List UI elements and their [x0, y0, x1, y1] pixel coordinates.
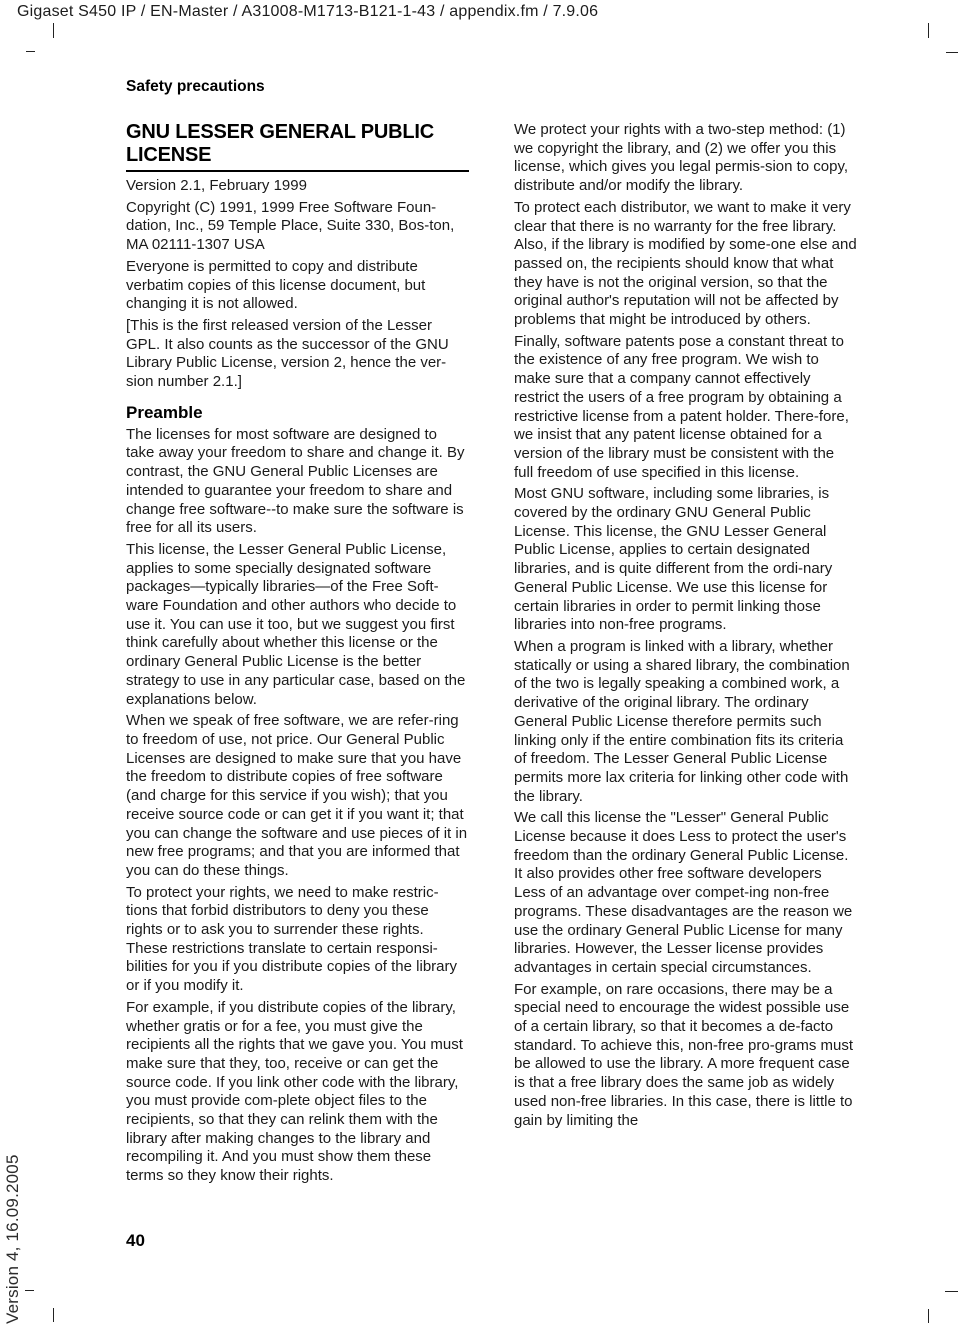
page-number: 40	[126, 1231, 145, 1251]
paragraph: When a program is linked with a library,…	[514, 638, 857, 806]
crop-mark-bottom-right-vertical	[928, 1309, 929, 1323]
crop-mark-bottom-left-vertical	[53, 1308, 54, 1322]
paragraph: The licenses for most software are desig…	[126, 426, 469, 538]
paragraph: This license, the Lesser General Public …	[126, 541, 469, 709]
paragraph: Copyright (C) 1991, 1999 Free Software F…	[126, 199, 469, 255]
paragraph: To protect each distributor, we want to …	[514, 199, 857, 330]
left-column: GNU LESSER GENERAL PUBLIC LICENSE Versio…	[126, 121, 469, 1189]
crop-mark-top-right-horizontal	[946, 52, 958, 53]
manual-page: Gigaset S450 IP / EN-Master / A31008-M17…	[0, 0, 958, 1324]
paragraph: For example, on rare occasions, there ma…	[514, 981, 857, 1131]
document-path-header: Gigaset S450 IP / EN-Master / A31008-M17…	[17, 3, 598, 21]
crop-mark-bottom-right-horizontal	[945, 1291, 958, 1292]
paragraph: Version 2.1, February 1999	[126, 177, 469, 196]
paragraph: For example, if you distribute copies of…	[126, 999, 469, 1186]
paragraph: [This is the first released version of t…	[126, 317, 469, 392]
crop-mark-top-left-horizontal	[26, 51, 35, 52]
article-title: GNU LESSER GENERAL PUBLIC LICENSE	[126, 121, 469, 167]
section-header: Safety precautions	[126, 78, 265, 96]
paragraph: Finally, software patents pose a constan…	[514, 333, 857, 483]
crop-mark-top-right-vertical	[928, 23, 929, 38]
paragraph: We protect your rights with a two-step m…	[514, 121, 857, 196]
crop-mark-top-left-vertical	[53, 23, 54, 38]
crop-mark-bottom-left-horizontal	[25, 1290, 34, 1291]
right-column: We protect your rights with a two-step m…	[514, 121, 857, 1133]
preamble-heading: Preamble	[126, 403, 469, 423]
paragraph: To protect your rights, we need to make …	[126, 884, 469, 996]
title-rule	[126, 170, 469, 172]
sidebar-version-text: Version 4, 16.09.2005	[3, 1154, 23, 1324]
paragraph: Everyone is permitted to copy and distri…	[126, 258, 469, 314]
paragraph: Most GNU software, including some librar…	[514, 485, 857, 635]
paragraph: We call this license the "Lesser" Genera…	[514, 809, 857, 977]
paragraph: When we speak of free software, we are r…	[126, 712, 469, 880]
